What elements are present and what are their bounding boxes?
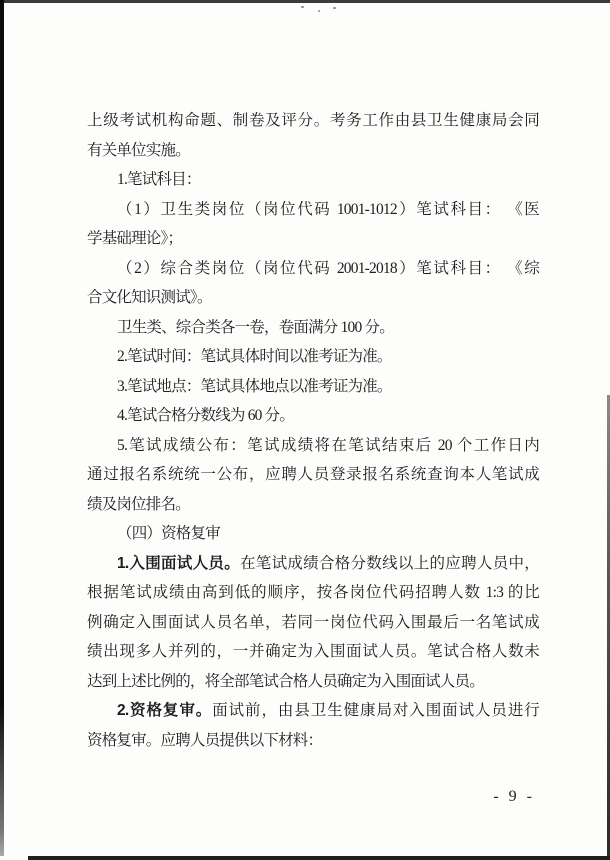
text-line: 3.笔试地点：笔试具体地点以准考证为准。 bbox=[87, 372, 539, 402]
text-segment: 绩及岗位排名。 bbox=[87, 496, 190, 513]
text-segment: 3.笔试地点：笔试具体地点以准考证为准。 bbox=[117, 378, 392, 395]
text-segment: （1）卫生类岗位（岗位代码 1001-1012）笔试科目： 《医 bbox=[117, 201, 539, 218]
text-line: 有关单位实施。 bbox=[87, 136, 539, 166]
text-segment: 通过报名系统统一公布，应聘人员登录报名系统查询本人笔试成 bbox=[87, 466, 539, 483]
text-segment: 上级考试机构命题、制卷及评分。考务工作由县卫生健康局会同 bbox=[87, 112, 539, 129]
document-body: 上级考试机构命题、制卷及评分。考务工作由县卫生健康局会同有关单位实施。1.笔试科… bbox=[87, 106, 539, 755]
scan-speck bbox=[301, 6, 304, 8]
text-line: 学基础理论》； bbox=[87, 224, 539, 254]
text-segment: 合文化知识测试》。 bbox=[87, 289, 212, 306]
text-segment: （2）综合类岗位（岗位代码 2001-2018）笔试科目： 《综 bbox=[117, 260, 539, 277]
text-segment: 例确定入围面试人员名单，若同一岗位代码入围最后一名笔试成 bbox=[87, 614, 539, 631]
scan-speck bbox=[318, 10, 320, 12]
text-segment: 绩出现多人并列的，一并确定为入围面试人员。笔试合格人数未 bbox=[87, 643, 539, 660]
text-segment: 2.笔试时间：笔试具体时间以准考证为准。 bbox=[117, 348, 392, 365]
scan-edge-left bbox=[0, 0, 4, 856]
text-segment: 有关单位实施。 bbox=[87, 142, 190, 159]
text-line: 绩及岗位排名。 bbox=[87, 490, 539, 520]
text-line: 1.入围面试人员。在笔试成绩合格分数线以上的应聘人员中， bbox=[87, 549, 539, 579]
text-line: 卫生类、综合类各一卷，卷面满分 100 分。 bbox=[87, 313, 539, 343]
text-segment: 2.资格复审。 bbox=[117, 702, 212, 719]
text-line: 2.资格复审。面试前，由县卫生健康局对入围面试人员进行 bbox=[87, 696, 539, 726]
text-segment: 达到上述比例的，将全部笔试合格人员确定为入围面试人员。 bbox=[87, 673, 484, 690]
text-segment: 4.笔试合格分数线为 60 分。 bbox=[117, 407, 294, 424]
text-line: 达到上述比例的，将全部笔试合格人员确定为入围面试人员。 bbox=[87, 667, 539, 697]
text-line: 根据笔试成绩由高到低的顺序，按各岗位代码招聘人数 1:3 的比 bbox=[87, 578, 539, 608]
text-line: 2.笔试时间：笔试具体时间以准考证为准。 bbox=[87, 342, 539, 372]
text-segment: 学基础理论》； bbox=[87, 230, 182, 247]
text-segment: 在笔试成绩合格分数线以上的应聘人员中， bbox=[240, 555, 539, 572]
text-line: 例确定入围面试人员名单，若同一岗位代码入围最后一名笔试成 bbox=[87, 608, 539, 638]
text-segment: 面试前，由县卫生健康局对入围面试人员进行 bbox=[212, 702, 539, 719]
text-line: 5.笔试成绩公布：笔试成绩将在笔试结束后 20 个工作日内 bbox=[87, 431, 539, 461]
text-line: 资格复审。应聘人员提供以下材料： bbox=[87, 726, 539, 756]
text-line: 合文化知识测试》。 bbox=[87, 283, 539, 313]
text-segment: 资格复审。应聘人员提供以下材料： bbox=[87, 732, 322, 749]
text-line: 绩出现多人并列的，一并确定为入围面试人员。笔试合格人数未 bbox=[87, 637, 539, 667]
text-segment: 卫生类、综合类各一卷，卷面满分 100 分。 bbox=[117, 319, 394, 336]
text-line: （2）综合类岗位（岗位代码 2001-2018）笔试科目： 《综 bbox=[87, 254, 539, 284]
text-line: 1.笔试科目： bbox=[87, 165, 539, 195]
text-segment: 根据笔试成绩由高到低的顺序，按各岗位代码招聘人数 1:3 的比 bbox=[87, 584, 539, 601]
text-line: 4.笔试合格分数线为 60 分。 bbox=[87, 401, 539, 431]
scan-edge-bottom bbox=[28, 856, 610, 860]
text-segment: 1.笔试科目： bbox=[117, 171, 201, 188]
text-line: 上级考试机构命题、制卷及评分。考务工作由县卫生健康局会同 bbox=[87, 106, 539, 136]
text-line: 通过报名系统统一公布，应聘人员登录报名系统查询本人笔试成 bbox=[87, 460, 539, 490]
text-segment: （四）资格复审 bbox=[117, 525, 220, 542]
text-line: （1）卫生类岗位（岗位代码 1001-1012）笔试科目： 《医 bbox=[87, 195, 539, 225]
text-line: （四）资格复审 bbox=[87, 519, 539, 549]
text-segment: 1.入围面试人员。 bbox=[117, 555, 240, 572]
page-number: - 9 - bbox=[493, 787, 535, 807]
text-segment: 5.笔试成绩公布：笔试成绩将在笔试结束后 20 个工作日内 bbox=[117, 437, 539, 454]
scan-edge-top bbox=[0, 0, 610, 3]
scan-speck bbox=[333, 7, 336, 9]
